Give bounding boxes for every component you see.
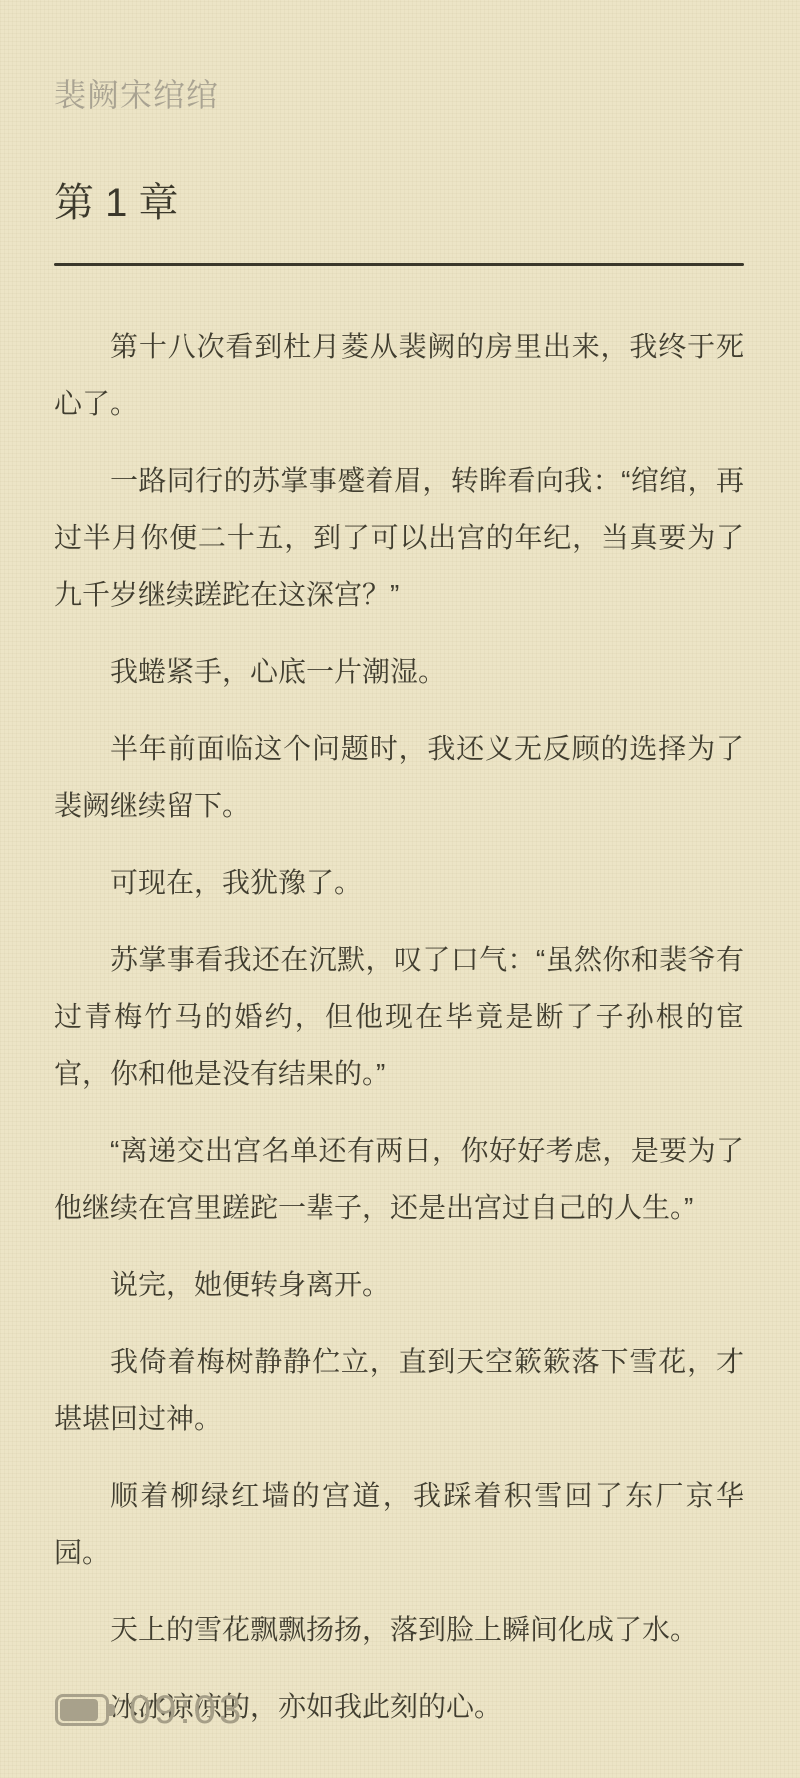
battery-icon — [55, 1694, 109, 1726]
status-bar: 09:03 — [55, 1690, 244, 1730]
paragraph: 苏掌事看我还在沉默，叹了口气：“虽然你和裴爷有过青梅竹马的婚约，但他现在毕竟是断… — [54, 931, 744, 1102]
paragraph: 说完，她便转身离开。 — [54, 1256, 744, 1313]
paragraph: 我倚着梅树静静伫立，直到天空簌簌落下雪花，才堪堪回过神。 — [54, 1333, 744, 1447]
chapter-body: 第十八次看到杜月菱从裴阙的房里出来，我终于死心了。 一路同行的苏掌事蹙着眉，转眸… — [54, 318, 744, 1755]
paragraph: 一路同行的苏掌事蹙着眉，转眸看向我：“绾绾，再过半月你便二十五，到了可以出宫的年… — [54, 452, 744, 623]
paragraph: 可现在，我犹豫了。 — [54, 854, 744, 911]
battery-nub — [109, 1704, 115, 1716]
chapter-title: 第 1 章 — [54, 180, 178, 226]
reader-page[interactable]: 裴阙宋绾绾 第 1 章 第十八次看到杜月菱从裴阙的房里出来，我终于死心了。 一路… — [0, 0, 800, 1778]
chapter-divider — [54, 263, 744, 266]
battery-fill — [60, 1699, 98, 1721]
paragraph: 天上的雪花飘飘扬扬，落到脸上瞬间化成了水。 — [54, 1601, 744, 1658]
clock-time: 09:03 — [129, 1690, 244, 1730]
paragraph: “离递交出宫名单还有两日，你好好考虑，是要为了他继续在宫里蹉跎一辈子，还是出宫过… — [54, 1122, 744, 1236]
book-title: 裴阙宋绾绾 — [54, 76, 219, 114]
paragraph: 顺着柳绿红墙的宫道，我踩着积雪回了东厂京华园。 — [54, 1467, 744, 1581]
paragraph: 半年前面临这个问题时，我还义无反顾的选择为了裴阙继续留下。 — [54, 720, 744, 834]
paragraph: 我蜷紧手，心底一片潮湿。 — [54, 643, 744, 700]
paragraph: 第十八次看到杜月菱从裴阙的房里出来，我终于死心了。 — [54, 318, 744, 432]
